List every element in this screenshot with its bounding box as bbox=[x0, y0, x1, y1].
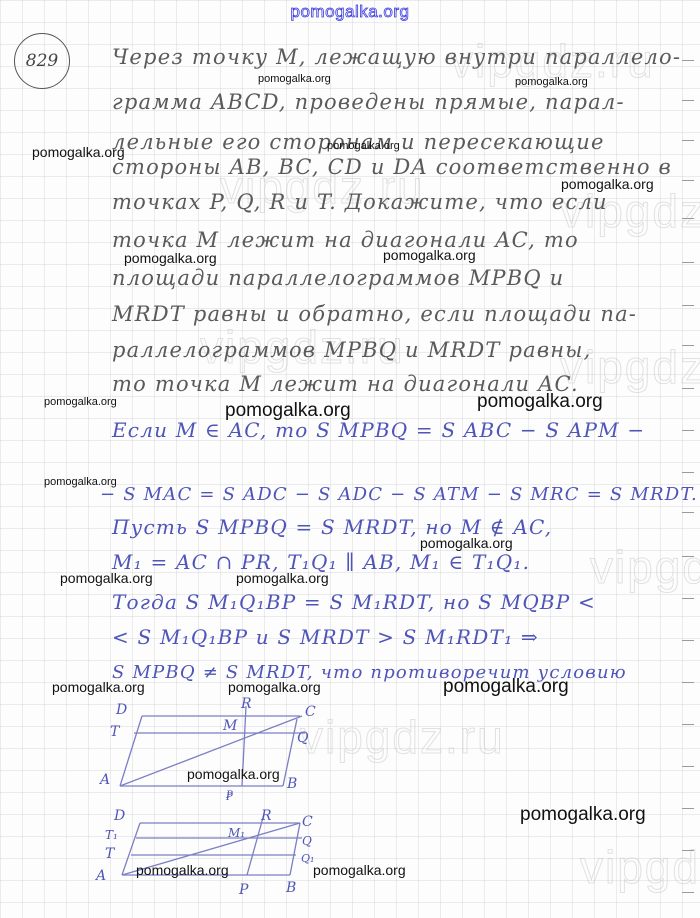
vertex-label: M₁ bbox=[228, 826, 245, 840]
vertex-label: B bbox=[286, 880, 296, 896]
watermark-link[interactable]: pomogalka.org bbox=[383, 247, 476, 263]
vertex-label: P bbox=[226, 790, 233, 801]
vertex-label: Q bbox=[302, 834, 312, 848]
watermark-link[interactable]: pomogalka.org bbox=[124, 250, 217, 266]
vertex-label: R bbox=[261, 808, 272, 824]
watermark-link[interactable]: pomogalka.org bbox=[136, 862, 229, 878]
watermark-link[interactable]: pomogalka.org bbox=[258, 73, 331, 85]
watermark-link[interactable]: pomogalka.org bbox=[420, 535, 513, 551]
watermark-link[interactable]: pomogalka.org bbox=[313, 862, 406, 878]
vertex-label: C bbox=[302, 814, 313, 830]
watermark-link[interactable]: pomogalka.org bbox=[187, 766, 280, 782]
vertex-label: T₁ bbox=[105, 828, 118, 842]
parallelogram-figure-2 bbox=[0, 0, 700, 918]
vertex-label: A bbox=[96, 868, 106, 884]
vertex-label: P bbox=[239, 882, 248, 898]
watermark-link[interactable]: pomogalka.org bbox=[327, 140, 400, 152]
watermark-link[interactable]: pomogalka.org bbox=[520, 804, 646, 826]
watermark-link[interactable]: pomogalka.org bbox=[228, 679, 321, 695]
watermark-link[interactable]: pomogalka.org bbox=[225, 400, 351, 422]
watermark-link[interactable]: pomogalka.org bbox=[32, 144, 125, 160]
watermark-link[interactable]: pomogalka.org bbox=[443, 676, 569, 698]
vertex-label: T bbox=[105, 846, 114, 862]
watermark-link[interactable]: pomogalka.org bbox=[477, 391, 603, 413]
watermark-link[interactable]: pomogalka.org bbox=[52, 679, 145, 695]
watermark-link[interactable]: pomogalka.org bbox=[515, 76, 588, 88]
vertex-label: D bbox=[114, 808, 125, 824]
watermark-link[interactable]: pomogalka.org bbox=[44, 476, 117, 488]
watermark-link[interactable]: pomogalka.org bbox=[236, 570, 329, 586]
watermark-link[interactable]: pomogalka.org bbox=[44, 396, 117, 408]
watermark-link[interactable]: pomogalka.org bbox=[60, 570, 153, 586]
watermark-link[interactable]: pomogalka.org bbox=[561, 176, 654, 192]
